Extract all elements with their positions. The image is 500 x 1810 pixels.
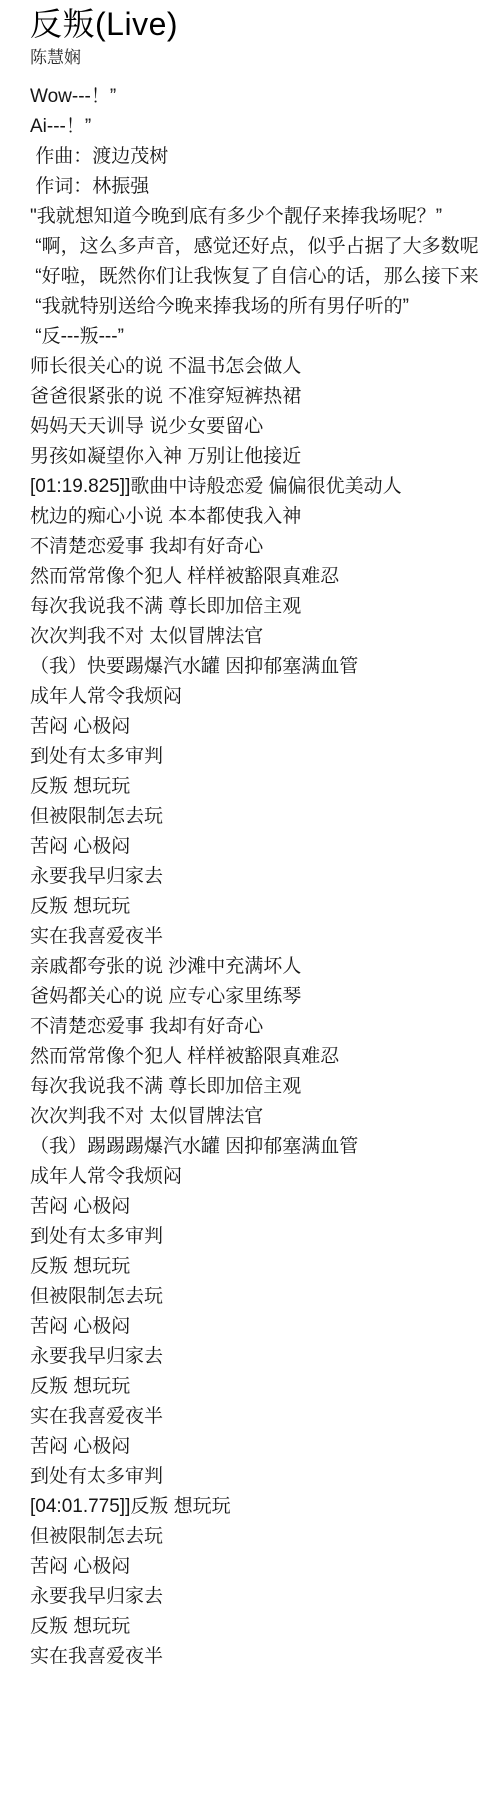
lyric-line: 苦闷 心极闷 [30, 1192, 500, 1222]
lyric-line: 作曲：渡边茂树 [30, 142, 500, 172]
lyric-line: “反---叛---” [30, 322, 500, 352]
lyric-line: 然而常常像个犯人 样样被豁限真难忍 [30, 562, 500, 592]
lyric-line: 苦闷 心极闷 [30, 832, 500, 862]
lyric-line: "我就想知道今晚到底有多少个靓仔来捧我场呢？” [30, 202, 500, 232]
lyric-line: 永要我早归家去 [30, 862, 500, 892]
lyric-line: 男孩如凝望你入神 万别让他接近 [30, 442, 500, 472]
lyric-line: 到处有太多审判 [30, 742, 500, 772]
lyric-line: 成年人常令我烦闷 [30, 1162, 500, 1192]
lyric-line: 不清楚恋爱事 我却有好奇心 [30, 532, 500, 562]
lyric-line: 苦闷 心极闷 [30, 1312, 500, 1342]
song-title: 反叛(Live) [30, 5, 500, 43]
lyric-line: 永要我早归家去 [30, 1342, 500, 1372]
lyric-line: 爸妈都关心的说 应专心家里练琴 [30, 982, 500, 1012]
lyric-line: 妈妈天天训导 说少女要留心 [30, 412, 500, 442]
lyric-line: 不清楚恋爱事 我却有好奇心 [30, 1012, 500, 1042]
lyric-line: 永要我早归家去 [30, 1582, 500, 1612]
lyric-line: 次次判我不对 太似冒牌法官 [30, 1102, 500, 1132]
lyric-line: Ai---！” [30, 112, 500, 142]
lyric-line: 实在我喜爱夜半 [30, 1402, 500, 1432]
lyric-line: 反叛 想玩玩 [30, 1252, 500, 1282]
lyric-line: 到处有太多审判 [30, 1222, 500, 1252]
lyric-line: 次次判我不对 太似冒牌法官 [30, 622, 500, 652]
lyric-line: 然而常常像个犯人 样样被豁限真难忍 [30, 1042, 500, 1072]
lyrics: Wow---！”Ai---！” 作曲：渡边茂树 作词：林振强"我就想知道今晚到底… [30, 82, 500, 1672]
lyric-line: [01:19.825]]歌曲中诗般恋爱 偏偏很优美动人 [30, 472, 500, 502]
lyric-line: “我就特别送给今晚来捧我场的所有男仔听的” [30, 292, 500, 322]
lyric-line: 每次我说我不满 尊长即加倍主观 [30, 592, 500, 622]
lyric-line: “啊，这么多声音，感觉还好点，似乎占据了大多数呢 [30, 232, 500, 262]
lyric-line: 但被限制怎去玩 [30, 802, 500, 832]
lyrics-page: 反叛(Live) 陈慧娴 Wow---！”Ai---！” 作曲：渡边茂树 作词：… [0, 0, 500, 1810]
lyric-line: 爸爸很紧张的说 不准穿短裤热裙 [30, 382, 500, 412]
lyric-line: [04:01.775]]反叛 想玩玩 [30, 1492, 500, 1522]
lyric-line: 反叛 想玩玩 [30, 892, 500, 922]
lyric-line: “好啦，既然你们让我恢复了自信心的话，那么接下来 [30, 262, 500, 292]
lyric-line: 但被限制怎去玩 [30, 1522, 500, 1552]
lyric-line: （我）快要踢爆汽水罐 因抑郁塞满血管 [30, 652, 500, 682]
lyric-line: 反叛 想玩玩 [30, 772, 500, 802]
lyric-line: 作词：林振强 [30, 172, 500, 202]
lyric-line: 到处有太多审判 [30, 1462, 500, 1492]
lyric-line: 实在我喜爱夜半 [30, 922, 500, 952]
lyric-line: 每次我说我不满 尊长即加倍主观 [30, 1072, 500, 1102]
lyric-line: （我）踢踢踢爆汽水罐 因抑郁塞满血管 [30, 1132, 500, 1162]
lyric-line: Wow---！” [30, 82, 500, 112]
lyric-line: 苦闷 心极闷 [30, 712, 500, 742]
lyric-line: 反叛 想玩玩 [30, 1612, 500, 1642]
lyric-line: 但被限制怎去玩 [30, 1282, 500, 1312]
artist-name: 陈慧娴 [30, 48, 500, 68]
lyric-line: 实在我喜爱夜半 [30, 1642, 500, 1672]
lyric-line: 枕边的痴心小说 本本都使我入神 [30, 502, 500, 532]
lyric-line: 苦闷 心极闷 [30, 1432, 500, 1462]
lyric-line: 苦闷 心极闷 [30, 1552, 500, 1582]
lyric-line: 成年人常令我烦闷 [30, 682, 500, 712]
lyric-line: 反叛 想玩玩 [30, 1372, 500, 1402]
lyric-line: 亲戚都夸张的说 沙滩中充满坏人 [30, 952, 500, 982]
lyric-line: 师长很关心的说 不温书怎会做人 [30, 352, 500, 382]
